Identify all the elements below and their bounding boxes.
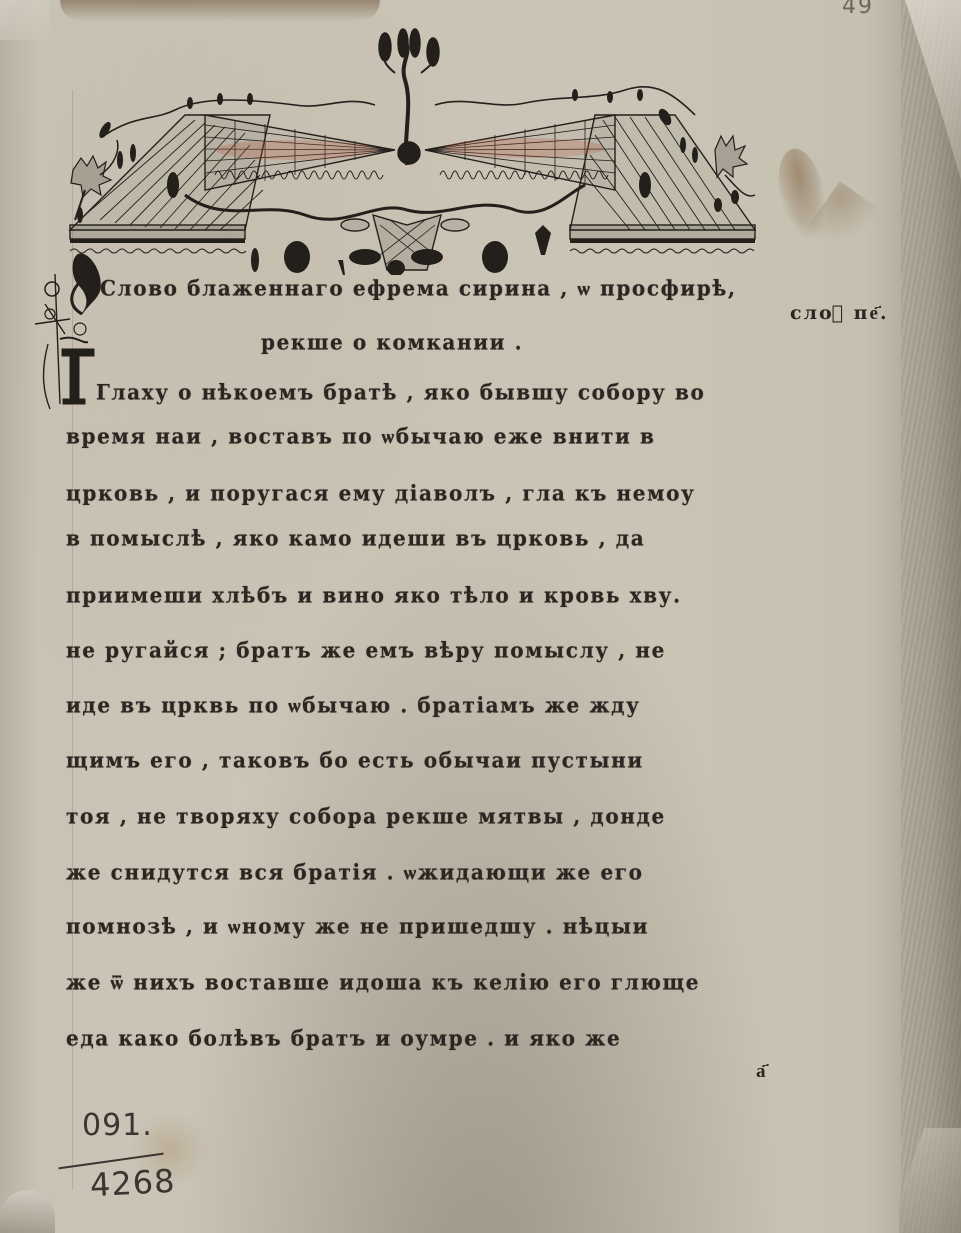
page-edge <box>901 0 961 1233</box>
body-line-2: время наи , воставъ по ѡбычаю еже внити … <box>66 423 655 449</box>
manuscript-page: 49 <box>0 0 961 1233</box>
stain-top <box>60 0 380 22</box>
title-line-2: рекше о комкании . <box>261 329 523 354</box>
torn-paper-fragment <box>0 0 50 40</box>
body-line-9: тоя , не творяху собора рекше мятвы , до… <box>66 803 666 828</box>
body-line-4: в помыслѣ , яко камо идеши въ црковь , д… <box>66 525 645 550</box>
shelfmark-bottom: 4268 <box>89 1162 176 1204</box>
body-line-7: иде въ црквь по ѡбычаю . братіамъ же жду <box>66 692 641 718</box>
body-line-8: щимъ его , таковъ бо есть обычаи пустыни <box>66 747 644 772</box>
body-line-11: помнозѣ , и ѡному же не пришедшу . нѣцыи <box>66 913 649 939</box>
floral-headpiece-icon <box>55 25 770 275</box>
catchword: а҃ <box>756 1060 766 1083</box>
body-line-5: приимеши хлѣбъ и вино яко тѣло и кровь х… <box>66 582 682 607</box>
title-line-1: Слово блаженнаго ефрема сирина , ѡ просф… <box>100 275 737 301</box>
body-line-13: еда како болѣвъ братъ и оумре . и яко же <box>66 1025 621 1050</box>
shelfmark: 091. 4268 <box>58 1100 198 1210</box>
body-line-6: не ругайся ; братъ же емъ вѣру помыслу ,… <box>66 637 666 662</box>
folio-number: 49 <box>842 0 874 19</box>
shelfmark-top: 091. <box>82 1108 153 1143</box>
torn-paper-fragment <box>0 1190 55 1233</box>
body-line-1: Глаху о нѣкоемъ братѣ , яко бывшу собору… <box>96 379 705 404</box>
body-line-10: же снидутся вся братія . ѡжидающи же его <box>66 859 644 885</box>
margin-note: слоⷣ пе҃. <box>790 302 889 325</box>
body-line-3: црковь , и поругася ему діаволъ , гла къ… <box>66 480 695 505</box>
body-line-12: же ѿ нихъ воставше идоша къ келію его гл… <box>66 969 700 995</box>
